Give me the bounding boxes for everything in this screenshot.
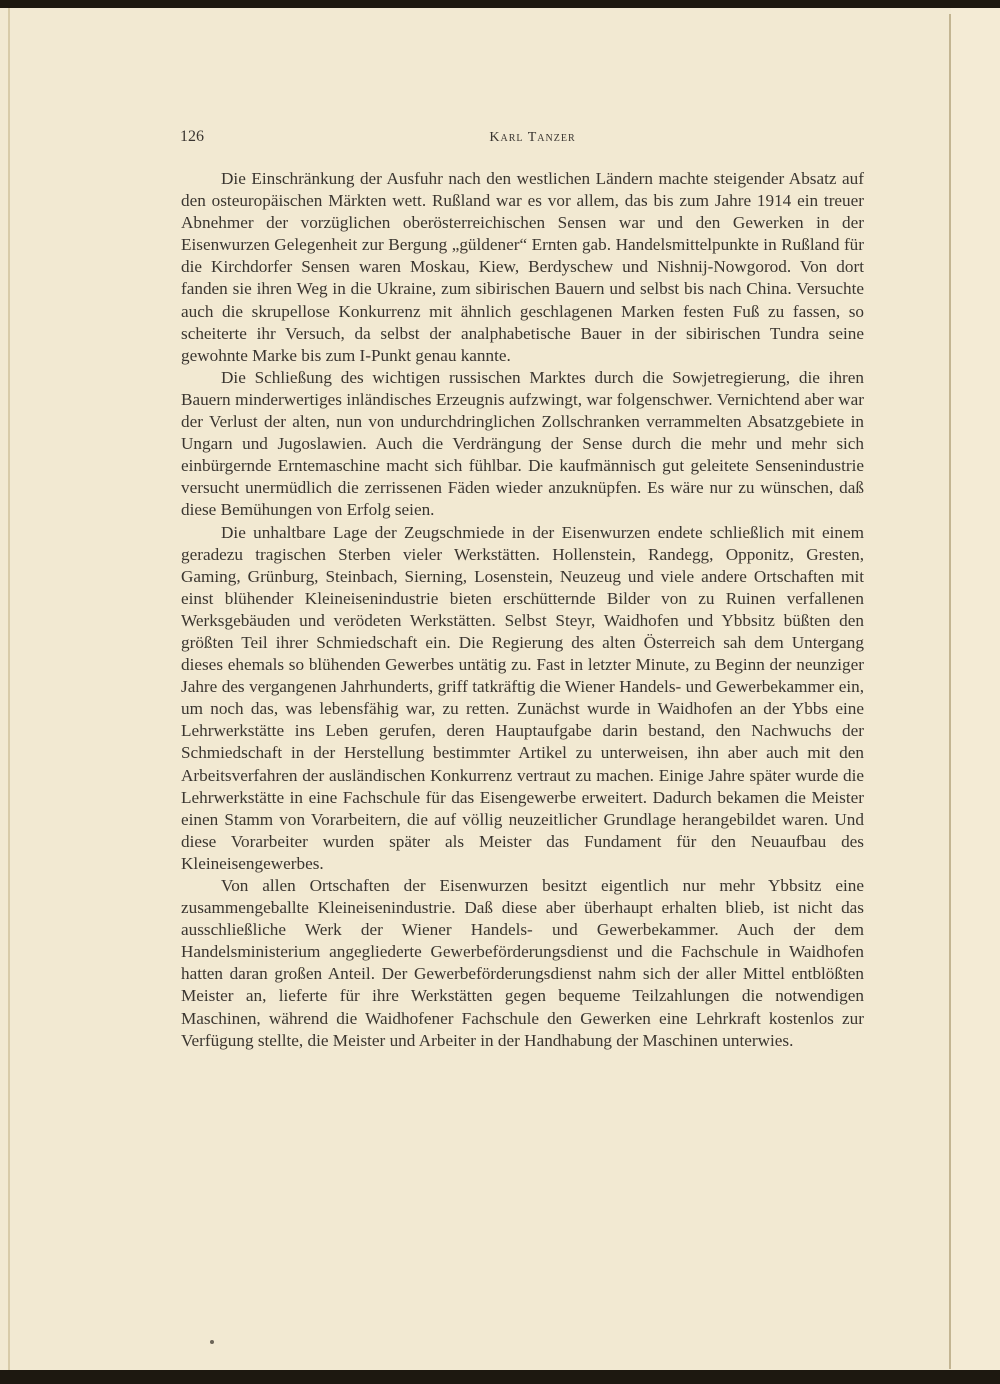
- scan-speck: [210, 1340, 214, 1344]
- paragraph: Die Einschränkung der Ausfuhr nach den w…: [181, 168, 864, 367]
- gutter-line: [949, 14, 951, 1369]
- paragraph: Die Schließung des wichtigen russischen …: [181, 367, 864, 522]
- paragraph: Von allen Ortschaften der Eisenwurzen be…: [181, 875, 864, 1052]
- page-left-edge: [8, 8, 10, 1370]
- paragraph: Die unhaltbare Lage der Zeugschmiede in …: [181, 522, 864, 876]
- facing-page-edge: [951, 8, 1000, 1370]
- running-head-author: Karl Tanzer: [180, 130, 865, 146]
- page-header: 126 Karl Tanzer: [180, 128, 865, 150]
- scanned-page: 126 Karl Tanzer Die Einschränkung der Au…: [0, 0, 1000, 1384]
- body-text: Die Einschränkung der Ausfuhr nach den w…: [181, 168, 864, 1052]
